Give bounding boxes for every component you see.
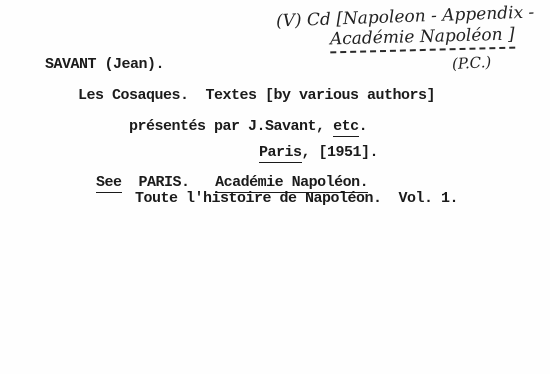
see-word-underlined: See xyxy=(96,174,122,193)
handwritten-classification-line2: Académie Napoléon ] xyxy=(330,27,515,54)
see-reference-mid: PARIS. xyxy=(122,174,216,191)
series-note-line: Toute l'histoire de Napoléon. Vol. 1. xyxy=(135,191,458,206)
handwritten-initials: (P.C.) xyxy=(452,55,492,72)
author-heading: SAVANT (Jean). xyxy=(45,57,164,72)
title-line-1: Les Cosaques. Textes [by various authors… xyxy=(78,88,435,103)
imprint-rest: , [1951]. xyxy=(302,144,379,161)
catalog-card: (V) Cd [Napoleon - Appendix - Académie N… xyxy=(0,0,550,374)
